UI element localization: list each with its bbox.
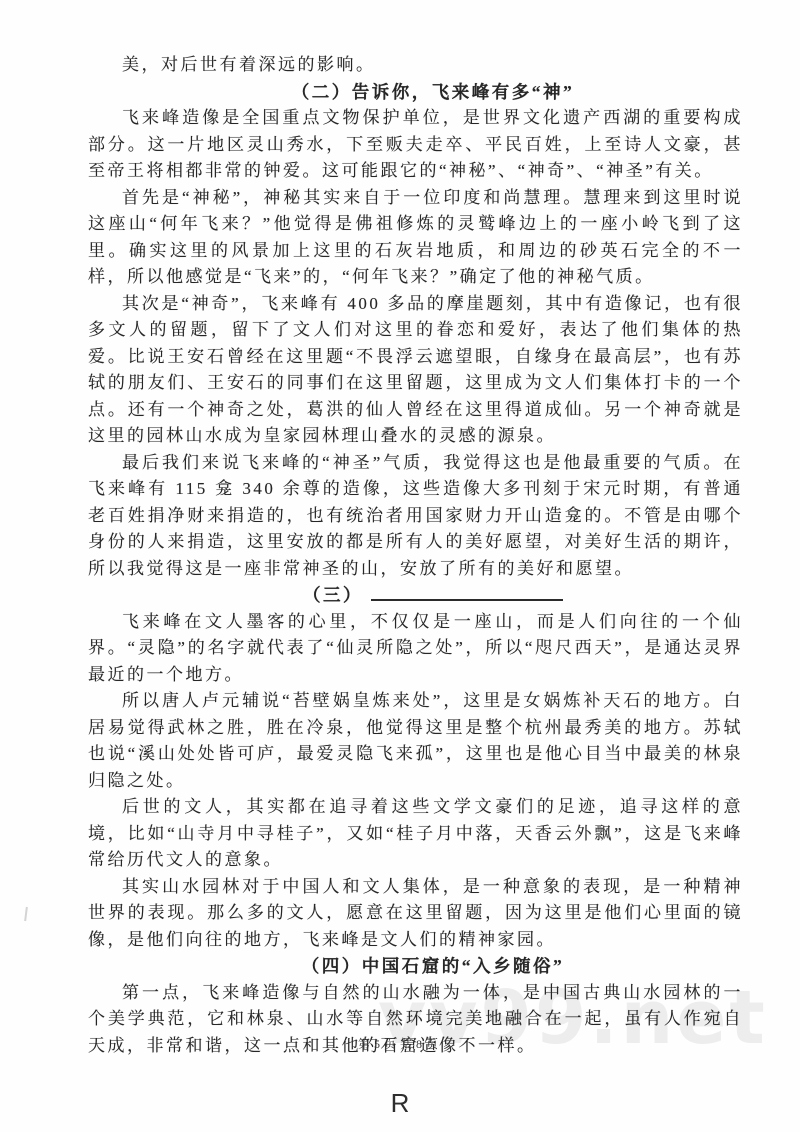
scanned-document-page: vv99.net 美，对后世有着深远的影响。 （二）告诉你，飞来峰有多“神” 飞…	[0, 0, 800, 1132]
section-4-heading: （四）中国石窟的“入乡随俗”	[88, 953, 743, 980]
section-3-paragraph-2: 所以唐人卢元辅说“苔壁娲皇炼来处”，这里是女娲炼补天石的地方。白居易觉得武林之胜…	[88, 688, 743, 794]
section-3-heading-label: （三）	[303, 585, 363, 605]
scan-artifact-mark	[24, 907, 28, 921]
section-2-paragraph-1: 飞来峰造像是全国重点文物保护单位，是世界文化遗产西湖的重要构成部分。这一片地区灵…	[88, 105, 743, 185]
document-body: 美，对后世有着深远的影响。 （二）告诉你，飞来峰有多“神” 飞来峰造像是全国重点…	[88, 52, 743, 1059]
page-number-footer: 第5页共8页	[0, 1035, 800, 1052]
corner-letter: R	[0, 1088, 800, 1119]
fill-in-blank-underline	[371, 582, 563, 601]
section-2-paragraph-2: 首先是“神秘”，神秘其实来自于一位印度和尚慧理。慧理来到这里时说这座山“何年飞来…	[88, 185, 743, 291]
section-3-heading: （三）	[88, 582, 743, 609]
continuation-line: 美，对后世有着深远的影响。	[88, 52, 743, 79]
section-3-paragraph-3: 后世的文人，其实都在追寻着这些文学文豪们的足迹，追寻这样的意境，比如“山寺月中寻…	[88, 794, 743, 874]
section-3-paragraph-1: 飞来峰在文人墨客的心里，不仅仅是一座山，而是人们向往的一个仙界。“灵隐”的名字就…	[88, 609, 743, 689]
section-2-heading: （二）告诉你，飞来峰有多“神”	[88, 79, 743, 106]
section-2-paragraph-3: 其次是“神奇”，飞来峰有 400 多品的摩崖题刻，其中有造像记，也有很多文人的留…	[88, 291, 743, 450]
section-3-paragraph-4: 其实山水园林对于中国人和文人集体，是一种意象的表现，是一种精神世界的表现。那么多…	[88, 874, 743, 954]
section-2-paragraph-4: 最后我们来说飞来峰的“神圣”气质，我觉得这也是他最重要的气质。在飞来峰有 115…	[88, 450, 743, 583]
